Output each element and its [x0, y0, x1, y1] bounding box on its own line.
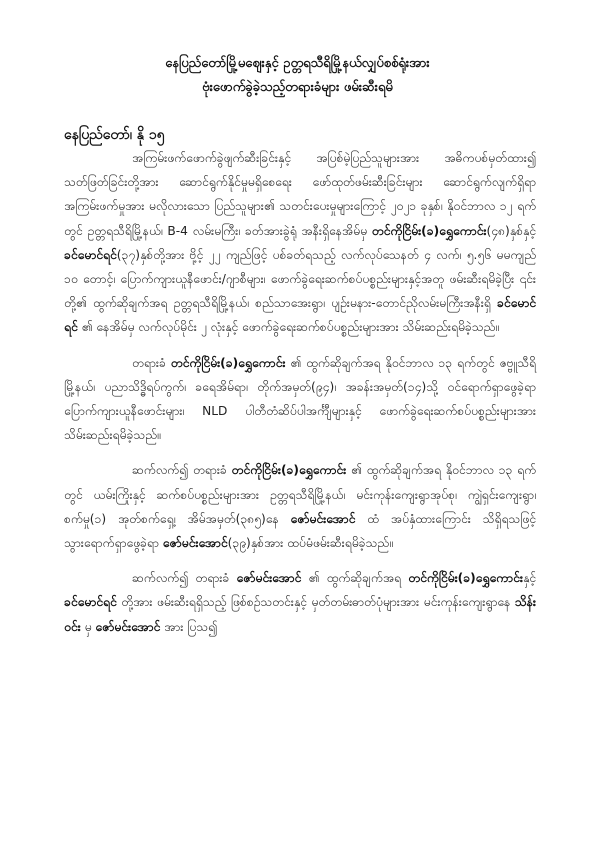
person-name: တင်ကိုငြိမ်း(ခ)ရွှေကောင်း: [372, 224, 487, 238]
text-segment: အား ပြသ၍: [160, 620, 217, 634]
text-segment: တို့အား ဖမ်းဆီးရရှိသည့် ဖြစ်စဉ်သတင်းနှင့…: [117, 595, 515, 609]
text-segment: (၄၈)နှစ်နှင့်: [486, 224, 536, 238]
text-segment: (၃၇)နှစ်တို့အား ဗို့င့် ၂၂ ကျည်ဖြင့် ပစ်…: [64, 248, 536, 310]
person-name: တင်ကိုငြိမ်း(ခ)ရွှေကောင်း: [408, 571, 523, 585]
person-name: တင်ကိုငြိမ်း(ခ)ရွှေကောင်း: [232, 463, 347, 477]
text-segment: ဆက်လက်၍ တရားခံ: [132, 571, 236, 585]
text-segment: ၏ နေအိမ်မှ လက်လုပ်မိုင်း ၂ လုံးနှင့် ဖော…: [78, 320, 499, 334]
document-page: နေပြည်တော်မြို့မဈေးနှင့် ဥတ္တရသီရိမြို့န…: [0, 0, 595, 854]
paragraph-2: တရားခံ တင်ကိုငြိမ်း(ခ)ရွှေကောင်း ၏ ထွက်ဆ…: [64, 351, 536, 448]
person-name: ဇော်မင်းအောင်: [95, 620, 160, 634]
person-name: ဇော်မင်းအောင်: [291, 512, 356, 526]
article-body: အကြမ်းဖက်ဖောက်ခွဲဖျက်ဆီးခြင်းနှင့် အပြစ်…: [64, 146, 536, 650]
text-segment: မှ: [81, 620, 96, 634]
text-segment: နှင့်: [523, 571, 536, 585]
title-line-1: နေပြည်တော်မြို့မဈေးနှင့် ဥတ္တရသီရိမြို့န…: [60, 52, 535, 76]
text-segment: ၏ ထွက်ဆိုချက်အရ: [301, 571, 408, 585]
paragraph-3: ဆက်လက်၍ တရားခံ တင်ကိုငြိမ်း(ခ)ရွှေကောင်း…: [64, 458, 536, 555]
paragraph-4: ဆက်လက်၍ တရားခံ ဇော်မင်းအောင် ၏ ထွက်ဆိုချ…: [64, 566, 536, 639]
text-segment: (၃၉)နှစ်အား ထပ်မံဖမ်းဆီးရမိခဲ့သည်။: [228, 536, 393, 550]
person-name: တင်ကိုငြိမ်း(ခ)ရွှေကောင်း: [171, 356, 286, 370]
person-name: ခင်မောင်ရင်: [64, 248, 117, 262]
text-segment: တရားခံ: [132, 356, 171, 370]
person-name: ဇော်မင်းအောင်: [236, 571, 301, 585]
dateline: နေပြည်တော်၊ နို ၁၅: [64, 124, 165, 146]
paragraph-1: အကြမ်းဖက်ဖောက်ခွဲဖျက်ဆီးခြင်းနှင့် အပြစ်…: [64, 146, 536, 340]
title-line-2: ဗုံးဖောက်ခွဲခဲ့သည့်တရားခံများ ဖမ်းဆီးရမိ: [60, 76, 535, 100]
person-name: ခင်မောင်ရင်: [64, 595, 117, 609]
document-title: နေပြည်တော်မြို့မဈေးနှင့် ဥတ္တရသီရိမြို့န…: [60, 52, 535, 100]
text-segment: ဆက်လက်၍ တရားခံ: [132, 463, 232, 477]
person-name: ဇော်မင်းအောင်: [163, 536, 228, 550]
